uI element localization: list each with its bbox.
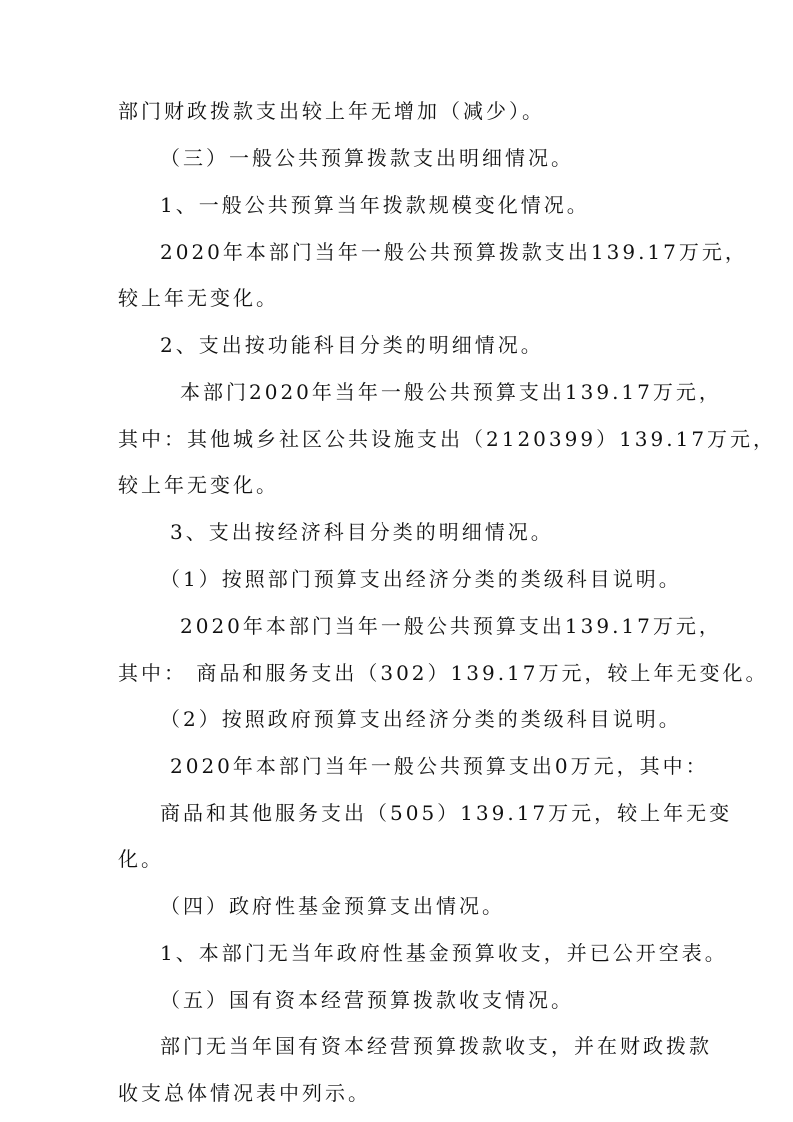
sub-subheading-1: （1）按照部门预算支出经济分类的类级科目说明。	[160, 566, 682, 592]
subheading-3: 3、支出按经济科目分类的明细情况。	[170, 519, 554, 545]
text-line: 收支总体情况表中列示。	[118, 1080, 371, 1106]
text-line: 较上年无变化。	[118, 472, 279, 498]
text-line: 其中：其他城乡社区公共设施支出（2120399）139.17万元，	[118, 426, 776, 452]
text-line: 较上年无变化。	[118, 285, 279, 311]
subheading-2: 2、支出按功能科目分类的明细情况。	[160, 332, 544, 358]
section-heading-3: （三）一般公共预算拨款支出明细情况。	[160, 145, 574, 171]
sub-subheading-2: （2）按照政府预算支出经济分类的类级科目说明。	[160, 706, 682, 732]
text-line: 本部门2020年当年一般公共预算支出139.17万元，	[180, 379, 722, 405]
text-line: 2020年本部门当年一般公共预算支出139.17万元，	[180, 613, 722, 639]
section-heading-5: （五）国有资本经营预算拨款收支情况。	[160, 987, 574, 1013]
text-line: 化。	[118, 846, 164, 872]
text-line: 部门无当年国有资本经营预算拨款收支，并在财政拨款	[160, 1033, 712, 1059]
text-line: 2020年本部门当年一般公共预算拨款支出139.17万元，	[160, 239, 748, 265]
text-line: 商品和其他服务支出（505）139.17万元，较上年无变	[160, 800, 732, 826]
text-line: 部门财政拨款支出较上年无增加（减少）。	[118, 98, 545, 124]
subheading-1: 1、一般公共预算当年拨款规模变化情况。	[160, 192, 590, 218]
text-line: 1、本部门无当年政府性基金预算收支，并已公开空表。	[160, 940, 728, 966]
section-heading-4: （四）政府性基金预算支出情况。	[160, 893, 505, 919]
text-line: 2020年本部门当年一般公共预算支出0万元，其中：	[170, 753, 709, 779]
text-line: 其中： 商品和服务支出（302）139.17万元，较上年无变化。	[118, 660, 769, 686]
